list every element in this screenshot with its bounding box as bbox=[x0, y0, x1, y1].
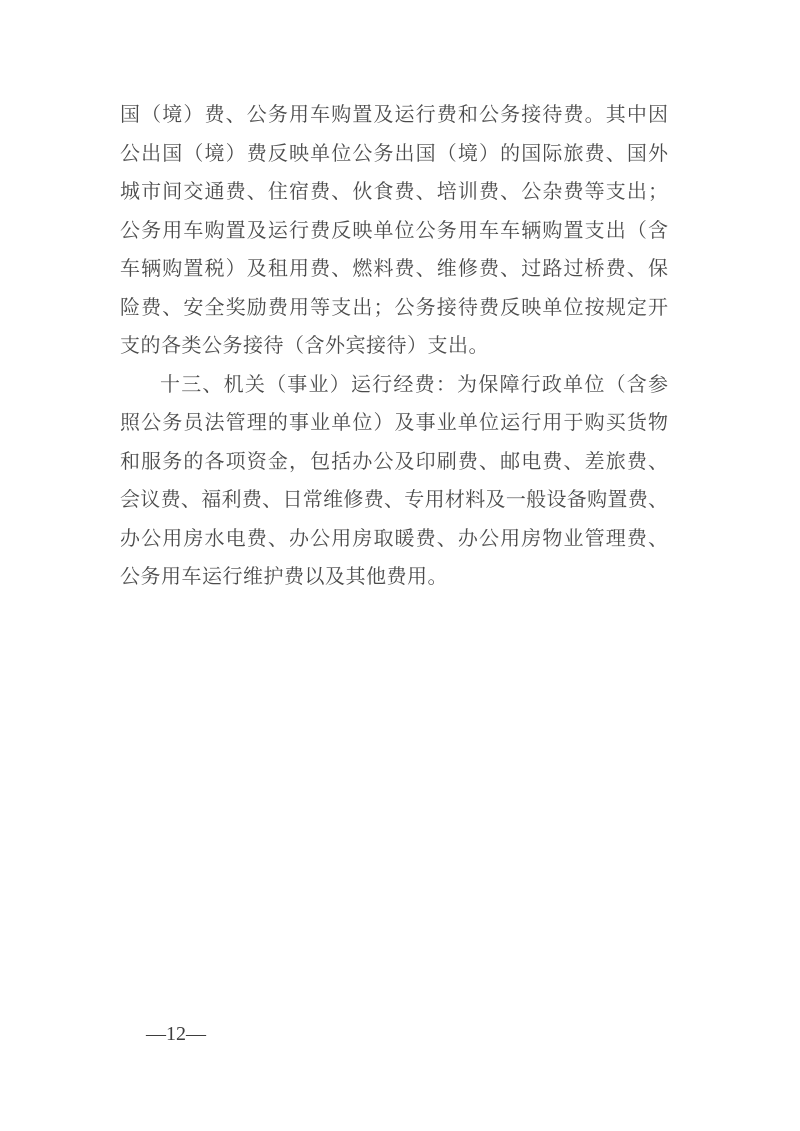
text-line: 办公用房水电费、办公用房取暖费、办公用房物业管理费、 bbox=[120, 520, 668, 559]
text-line: 照公务员法管理的事业单位）及事业单位运行用于购买货物 bbox=[120, 404, 668, 443]
text-line: 公务用车购置及运行费反映单位公务用车车辆购置支出（含 bbox=[120, 212, 668, 251]
text-line-paragraph-end: 支的各类公务接待（含外宾接待）支出。 bbox=[120, 327, 668, 366]
text-line-paragraph-end: 公务用车运行维护费以及其他费用。 bbox=[120, 558, 668, 597]
text-line: 城市间交通费、住宿费、伙食费、培训费、公杂费等支出； bbox=[120, 173, 668, 212]
document-page: 国（境）费、公务用车购置及运行费和公务接待费。其中因 公出国（境）费反映单位公务… bbox=[0, 0, 800, 1131]
text-line: 和服务的各项资金，包括办公及印刷费、邮电费、差旅费、 bbox=[120, 443, 668, 482]
text-line: 公出国（境）费反映单位公务出国（境）的国际旅费、国外 bbox=[120, 135, 668, 174]
body-text: 国（境）费、公务用车购置及运行费和公务接待费。其中因 公出国（境）费反映单位公务… bbox=[120, 96, 668, 597]
page-number: —12— bbox=[146, 1022, 206, 1046]
text-line-paragraph-start: 十三、机关（事业）运行经费：为保障行政单位（含参 bbox=[120, 366, 668, 405]
text-line: 险费、安全奖励费用等支出；公务接待费反映单位按规定开 bbox=[120, 289, 668, 328]
text-line: 车辆购置税）及租用费、燃料费、维修费、过路过桥费、保 bbox=[120, 250, 668, 289]
text-line: 国（境）费、公务用车购置及运行费和公务接待费。其中因 bbox=[120, 96, 668, 135]
text-line: 会议费、福利费、日常维修费、专用材料及一般设备购置费、 bbox=[120, 481, 668, 520]
